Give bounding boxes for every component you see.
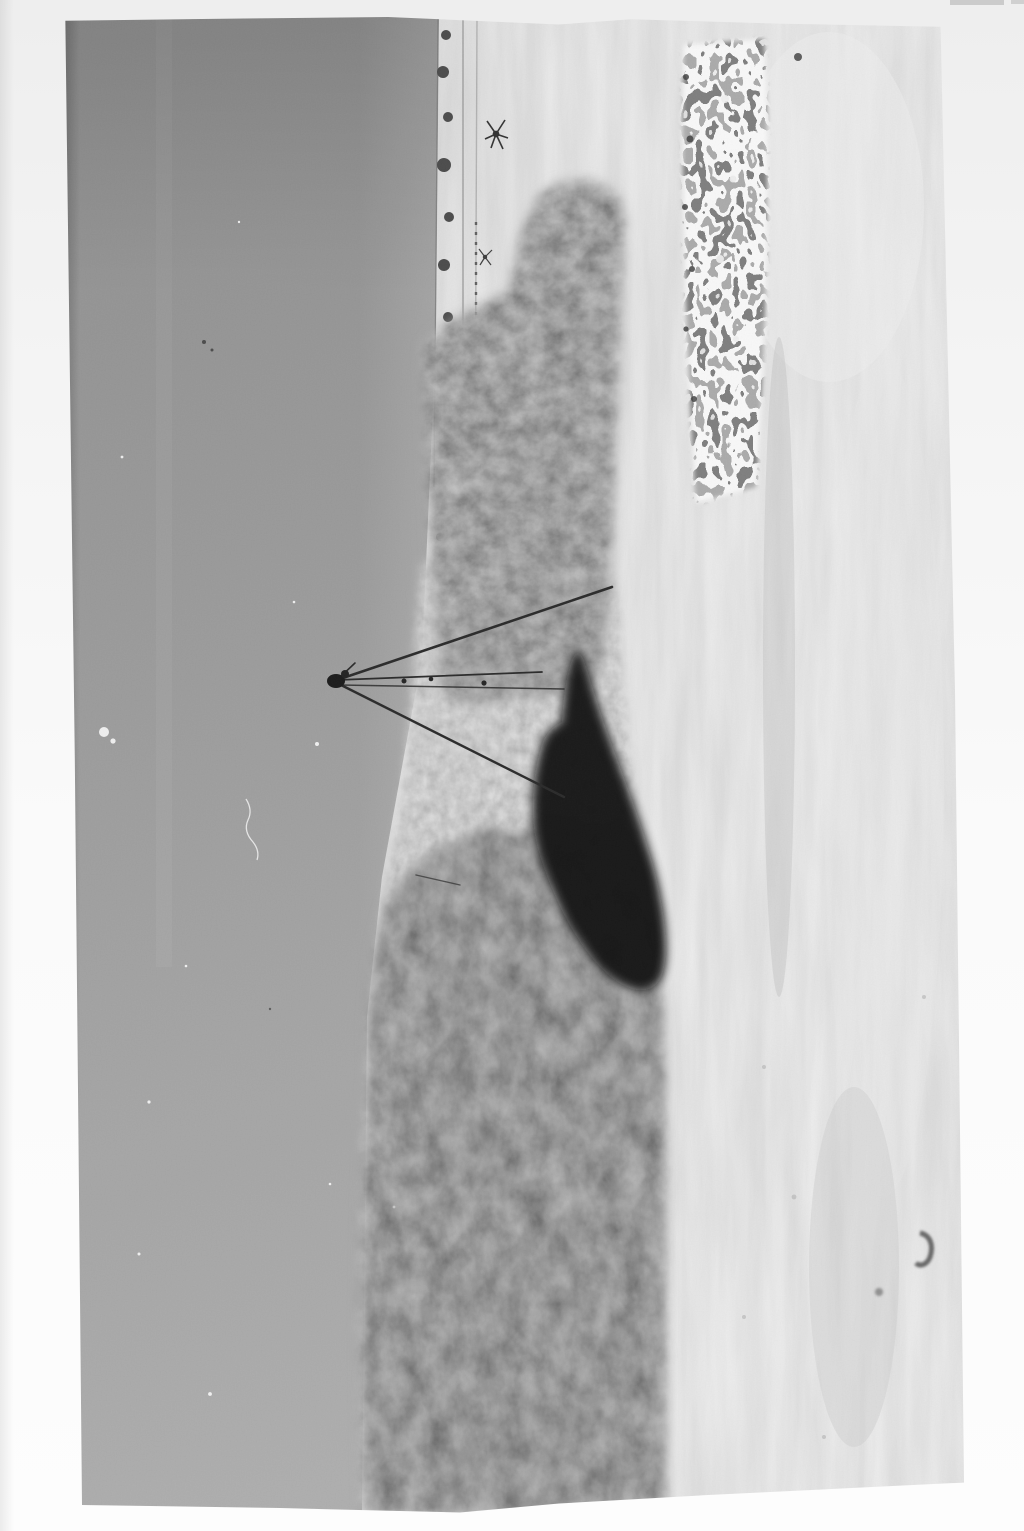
photograph xyxy=(64,17,964,1514)
adjacent-scan-fragment xyxy=(950,0,1004,5)
scan-page xyxy=(0,0,1024,1531)
adjacent-scan-fragment-small xyxy=(1011,0,1024,4)
scanner-edge-shadow xyxy=(0,0,14,1531)
film-grain xyxy=(64,17,964,1514)
photo-image xyxy=(64,17,964,1514)
